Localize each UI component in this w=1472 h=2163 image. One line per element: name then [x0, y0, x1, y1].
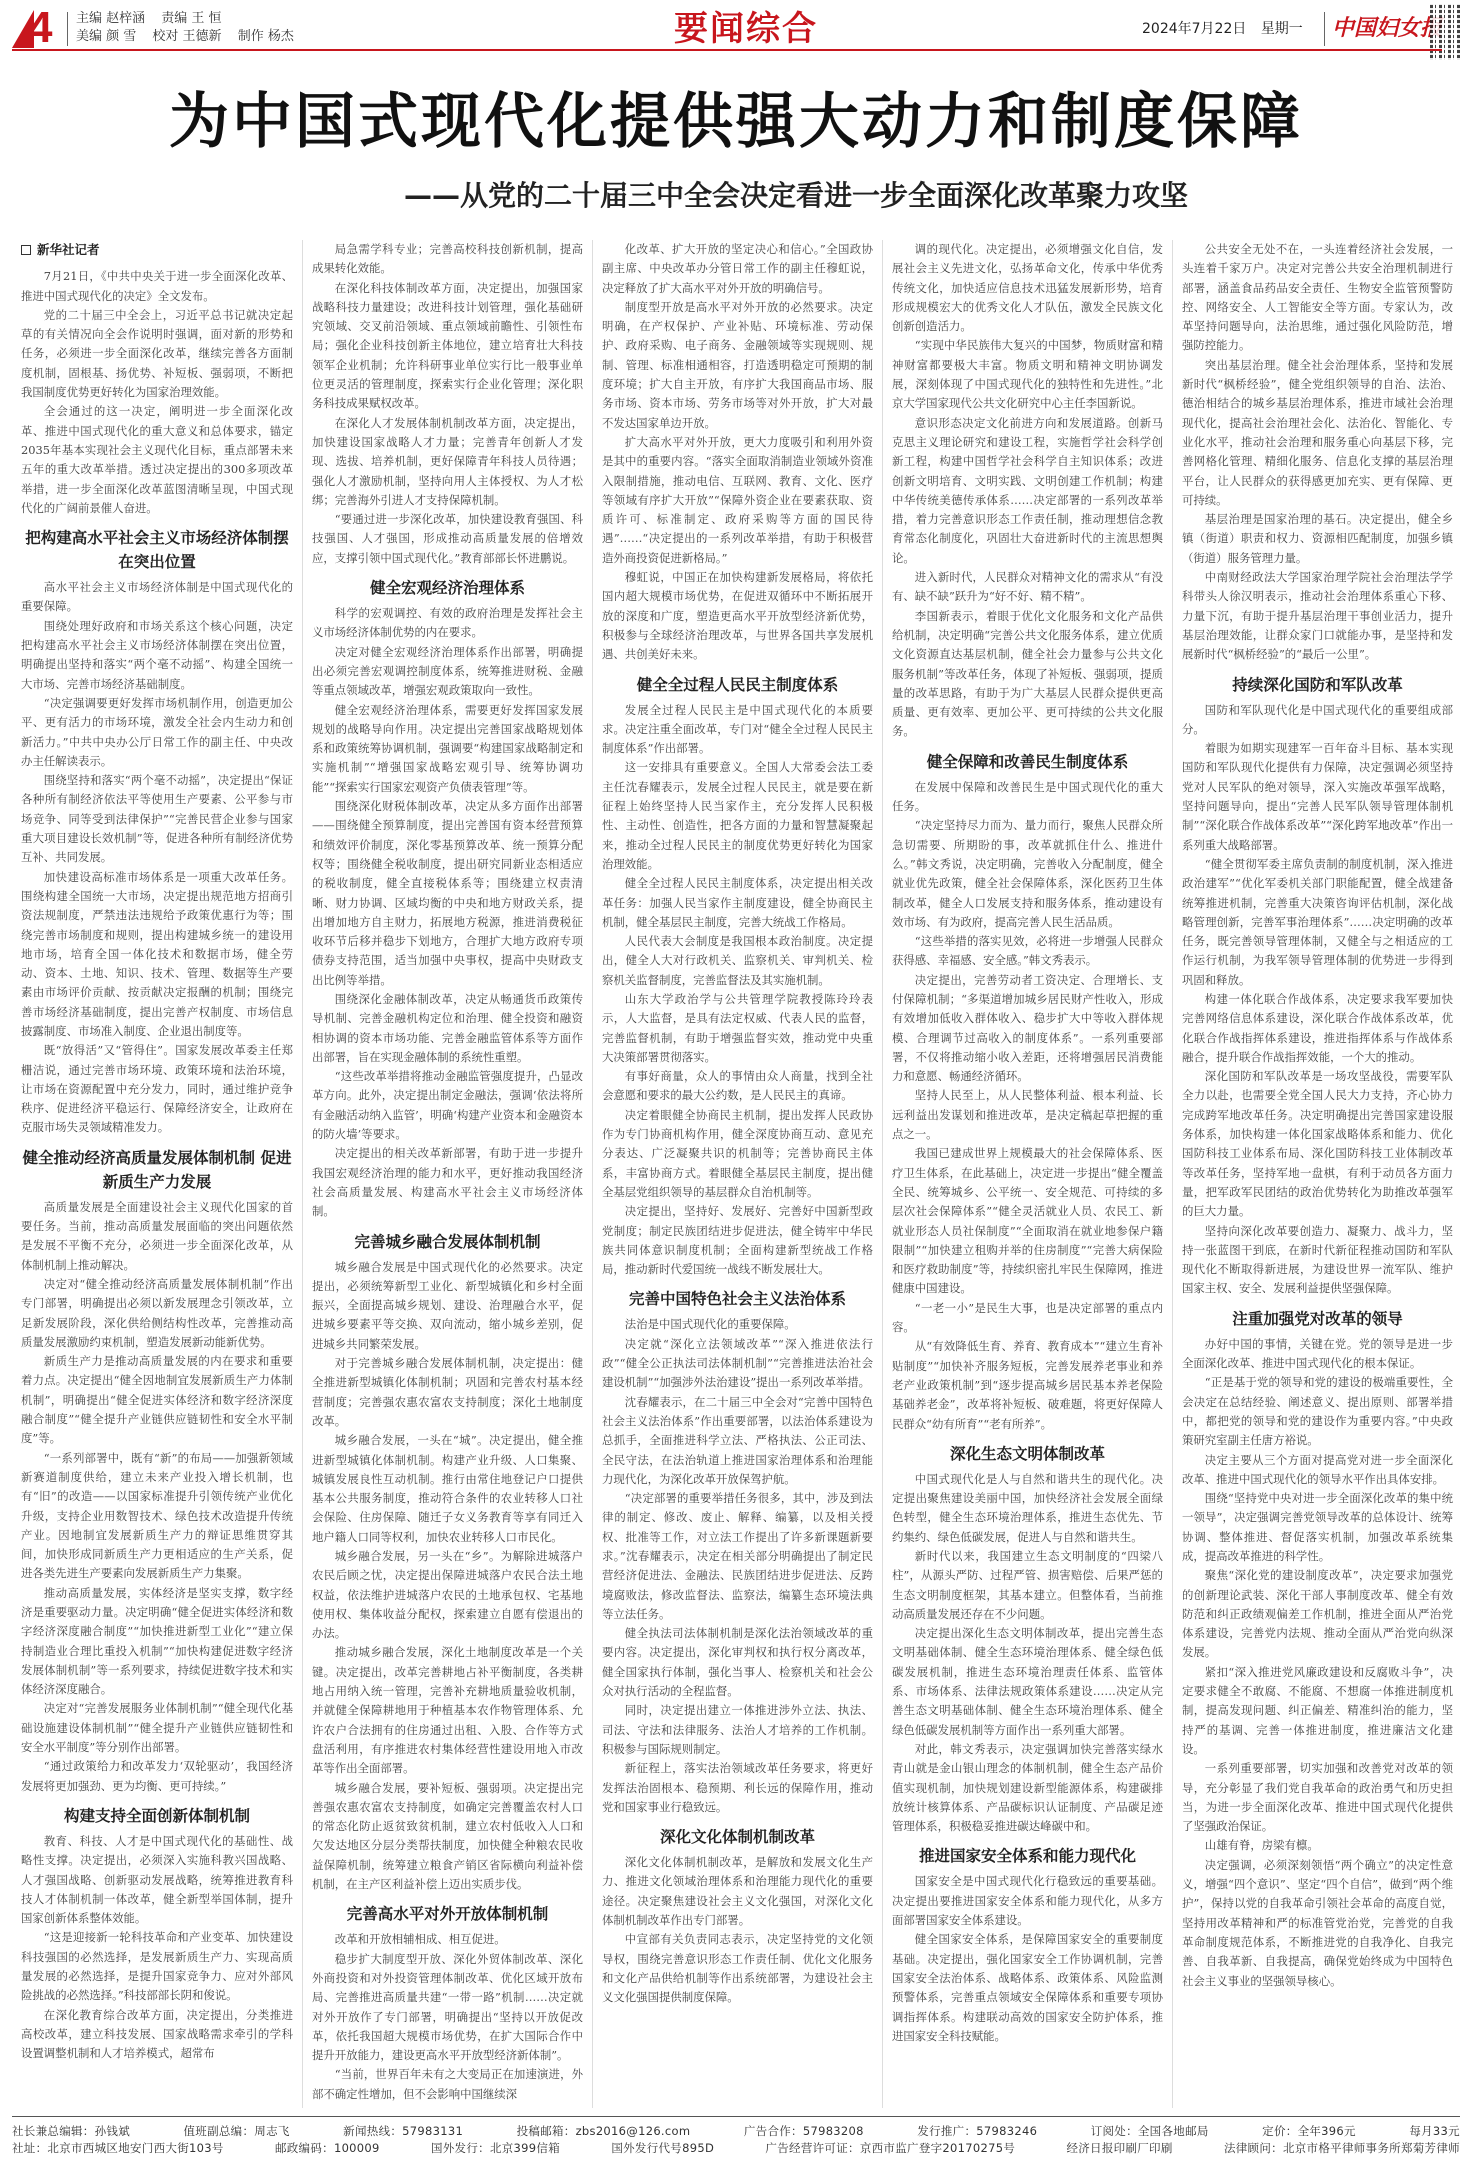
- footer-publisher: 社长兼总编辑：孙钱斌: [12, 2123, 130, 2140]
- body-paragraph: 城乡融合发展，要补短板、强弱项。决定提出完善强农惠农富农支持制度，如确定完善覆盖…: [312, 1779, 583, 1895]
- footer-printer: 经济日报印刷厂印刷: [1066, 2140, 1172, 2157]
- footer-address: 社址：北京市西城区地安门西大街103号: [12, 2140, 224, 2157]
- article-subheadline: ——从党的二十届三中全会决定看进一步全面深化改革聚力攻坚: [0, 178, 1472, 214]
- section-heading: 持续深化国防和军队改革: [1182, 673, 1453, 697]
- body-paragraph: 教育、科技、人才是中国式现代化的基础性、战略性支撑。决定提出，必须深入实施科教兴…: [21, 1832, 293, 1928]
- article-column-5: 公共安全无处不在，一头连着经济社会发展，一头连着千家万户。决定对完善公共安全治理…: [1172, 240, 1462, 2108]
- body-paragraph: 对于完善城乡融合发展体制机制，决定提出：健全推进新型城镇化体制机制；巩固和完善农…: [312, 1354, 583, 1431]
- body-paragraph: 构建一体化联合作战体系，决定要求我军要加快完善网络信息体系建设，深化联合作战体系…: [1182, 990, 1453, 1067]
- body-paragraph: 决定主要从三个方面对提高党对进一步全面深化改革、推进中国式现代化的领导水平作出具…: [1182, 1451, 1453, 1490]
- body-paragraph: 决定提出，完善劳动者工资决定、合理增长、支付保障机制；“多渠道增加城乡居民财产性…: [892, 971, 1163, 1087]
- footer-monthly-price: 每月33元: [1409, 2123, 1460, 2140]
- section-heading: 注重加强党对改革的领导: [1182, 1307, 1453, 1331]
- byline-text: 新华社记者: [37, 242, 100, 257]
- body-paragraph: 从“有效降低生育、养育、教育成本”“建立生育补贴制度”“加快补齐服务短板，完善发…: [892, 1337, 1163, 1433]
- body-paragraph: 发展全过程人民民主是中国式现代化的本质要求。决定注重全面改革，专门对“健全全过程…: [602, 701, 873, 759]
- body-paragraph: 我国已建成世界上规模最大的社会保障体系、医疗卫生体系，在此基础上，决定进一步提出…: [892, 1144, 1163, 1298]
- body-paragraph: 决定对“完善发展服务业体制机制”“健全现代化基础设施建设体制机制”“健全提升产业…: [21, 1699, 293, 1757]
- page-masthead: 4 主编 赵梓涵 责编 王 恒 美编 颜 雪 校对 王德新 制作 杨杰 要闻综合…: [12, 8, 1460, 50]
- body-paragraph: 对此，韩文秀表示，决定强调加快完善落实绿水青山就是金山银山理念的体制机制，健全生…: [892, 1740, 1163, 1836]
- body-paragraph: 健全全过程人民民主制度体系，决定提出相关改革任务：加强人民当家作主制度建设，健全…: [602, 874, 873, 932]
- section-heading: 健全宏观经济治理体系: [312, 576, 583, 600]
- masthead-divider-right: [1324, 12, 1325, 46]
- body-paragraph: 国家安全是中国式现代化行稳致远的重要基础。决定提出要推进国家安全体系和能力现代化…: [892, 1872, 1163, 1930]
- section-heading: 完善高水平对外开放体制机制: [312, 1902, 583, 1926]
- body-paragraph: “正是基于党的领导和党的建设的极端重要性，全会决定在总结经验、阐述意义、提出原则…: [1182, 1373, 1453, 1450]
- body-paragraph: 全会通过的这一决定，阐明进一步全面深化改革、推进中国式现代化的重大意义和总体要求…: [21, 402, 293, 518]
- section-heading: 构建支持全面创新体制机制: [21, 1804, 293, 1828]
- body-paragraph: 推动高质量发展，实体经济是坚实支撑，数字经济是重要驱动力量。决定明确“健全促进实…: [21, 1584, 293, 1700]
- body-paragraph: 城乡融合发展是中国式现代化的必然要求。决定提出，必须统筹新型工业化、新型城镇化和…: [312, 1258, 583, 1354]
- body-paragraph: 调的现代化。决定提出，必须增强文化自信，发展社会主义先进文化，弘扬革命文化，传承…: [892, 240, 1163, 336]
- article-column-1: 新华社记者 7月21日，《中共中央关于进一步全面深化改革、推进中国式现代化的决定…: [12, 240, 302, 2108]
- body-paragraph: 坚持向深化改革要创造力、凝聚力、战斗力，坚持一张蓝图干到底，在新时代新征程推动国…: [1182, 1222, 1453, 1299]
- body-paragraph: “决定部署的重要举措任务很多，其中，涉及到法律的制定、修改、废止、解释、编纂，以…: [602, 1489, 873, 1624]
- section-heading: 完善中国特色社会主义法治体系: [602, 1287, 873, 1311]
- body-paragraph: 改革和开放相辅相成、相互促进。: [312, 1930, 583, 1949]
- body-paragraph: 健全国家安全体系，是保障国家安全的重要制度基础。决定提出，强化国家安全工作协调机…: [892, 1930, 1163, 2046]
- body-paragraph: 围绕坚持和落实“两个毫不动摇”，决定提出“保证各种所有制经济依法平等使用生产要素…: [21, 771, 293, 867]
- body-paragraph: 高水平社会主义市场经济体制是中国式现代化的重要保障。: [21, 578, 293, 617]
- body-paragraph: 坚持人民至上，从人民整体利益、根本利益、长远利益出发谋划和推进改革，是决定稿起草…: [892, 1086, 1163, 1144]
- body-paragraph: 健全执法司法体制机制是深化法治领域改革的重要内容。决定提出，深化审判权和执行权分…: [602, 1624, 873, 1701]
- body-paragraph: 有事好商量，众人的事情由众人商量，找到全社会意愿和要求的最大公约数，是人民民主的…: [602, 1067, 873, 1106]
- body-paragraph: 山东大学政治学与公共管理学院教授陈玲玲表示，人大监督，是具有法定权威、代表人民的…: [602, 990, 873, 1067]
- body-paragraph: 围绕深化金融体制改革，决定从畅通货币政策传导机制、完善金融机构定位和治理、健全投…: [312, 990, 583, 1067]
- body-paragraph: 这一安排具有重要意义。全国人大常委会法工委主任沈春耀表示，发展全过程人民民主，就…: [602, 758, 873, 874]
- body-paragraph: 在深化教育综合改革方面，决定提出，分类推进高校改革，建立科技发展、国家战略需求牵…: [21, 2006, 293, 2064]
- body-paragraph: 科学的宏观调控、有效的政府治理是发挥社会主义市场经济体制优势的内在要求。: [312, 604, 583, 643]
- body-paragraph: 中南财经政法大学国家治理学院社会治理法学学科带头人徐汉明表示，推动社会治理体系重…: [1182, 568, 1453, 664]
- body-paragraph: 决定对健全宏观经济治理体系作出部署，明确提出必须完善宏观调控制度体系，统筹推进财…: [312, 643, 583, 701]
- body-paragraph: 聚焦“深化党的建设制度改革”，决定要求加强党的创新理论武装、深化干部人事制度改革…: [1182, 1566, 1453, 1662]
- body-paragraph: 决定强调，必须深刻领悟“两个确立”的决定性意义，增强“四个意识”、坚定“四个自信…: [1182, 1856, 1453, 1991]
- body-paragraph: “要通过进一步深化改革，加快建设教育强国、科技强国、人才强国，形成推动高质量发展…: [312, 510, 583, 568]
- article-column-4: 调的现代化。决定提出，必须增强文化自信，发展社会主义先进文化，弘扬革命文化，传承…: [882, 240, 1172, 2108]
- body-paragraph: 加快建设高标准市场体系是一项重大改革任务。围绕构建全国统一大市场，决定提出规范地…: [21, 868, 293, 1042]
- body-paragraph: 决定就“深化立法领域改革”“深入推进依法行政”“健全公正执法司法体制机制”“完善…: [602, 1335, 873, 1393]
- body-paragraph: 围绕处理好政府和市场关系这个核心问题，决定把构建高水平社会主义市场经济体制摆在突…: [21, 617, 293, 694]
- body-paragraph: “一老一小”是民生大事，也是决定部署的重点内容。: [892, 1299, 1163, 1338]
- section-heading: 健全推动经济高质量发展体制机制 促进新质生产力发展: [21, 1146, 293, 1194]
- body-paragraph: 国防和军队现代化是中国式现代化的重要组成部分。: [1182, 701, 1453, 740]
- footer-ad-license: 广告经营许可证：京西市监广登字20170275号: [765, 2140, 1015, 2157]
- page-number: 4: [28, 4, 52, 52]
- section-name: 要闻综合: [674, 8, 818, 50]
- article-body: 新华社记者 7月21日，《中共中央关于进一步全面深化改革、推进中国式现代化的决定…: [12, 240, 1464, 2108]
- body-paragraph: 意识形态决定文化前进方向和发展道路。创新马克思主义理论研究和建设工程，实施哲学社…: [892, 414, 1163, 568]
- staff-line-1: 主编 赵梓涵 责编 王 恒: [76, 10, 306, 28]
- body-paragraph: 围绕“坚持党中央对进一步全面深化改革的集中统一领导”，决定强调完善党领导改革的总…: [1182, 1489, 1453, 1566]
- body-paragraph: “这些改革举措将推动金融监管强度提升，凸显改革方向。此外，决定提出制定金融法，强…: [312, 1067, 583, 1144]
- body-paragraph: 决定对“健全推动经济高质量发展体制机制”作出专门部署，明确提出必须以新发展理念引…: [21, 1275, 293, 1352]
- body-paragraph: 沈春耀表示，在二十届三中全会对“完善中国特色社会主义法治体系”作出重要部署，以法…: [602, 1393, 873, 1489]
- body-paragraph: 李国新表示，着眼于优化文化服务和文化产品供给机制，决定明确“完善公共文化服务体系…: [892, 607, 1163, 742]
- section-heading: 健全全过程人民民主制度体系: [602, 673, 873, 697]
- body-paragraph: 健全宏观经济治理体系，需要更好发挥国家发展规划的战略导向作用。决定提出完善国家战…: [312, 701, 583, 797]
- body-paragraph: 局急需学科专业；完善高校科技创新机制，提高成果转化效能。: [312, 240, 583, 279]
- body-paragraph: 进入新时代，人民群众对精神文化的需求从“有没有、缺不缺”跃升为“好不好、精不精”…: [892, 568, 1163, 607]
- body-paragraph: 在深化人才发展体制机制改革方面，决定提出，加快建设国家战略人才力量；完善青年创新…: [312, 414, 583, 510]
- body-paragraph: 决定着眼健全协商民主机制，提出发挥人民政协作为专门协商机构作用，健全深度协商互动…: [602, 1106, 873, 1202]
- section-heading: 完善城乡融合发展体制机制: [312, 1230, 583, 1254]
- footer-annual-price: 定价：全年396元: [1262, 2123, 1356, 2140]
- body-paragraph: 化改革、扩大开放的坚定决心和信心。”全国政协副主席、中央改革办分管日常工作的副主…: [602, 240, 873, 298]
- footer-email[interactable]: 投稿邮箱：zbs2016@126.com: [517, 2123, 691, 2140]
- footer-overseas-code: 国外发行代号895D: [611, 2140, 714, 2157]
- body-paragraph: 既“放得活”又“管得住”。国家发展改革委主任郑栅洁说，通过完善市场环境、政策环境…: [21, 1041, 293, 1137]
- body-paragraph: 中宣部有关负责同志表示，决定坚持党的文化领导权，围绕完善意识形态工作责任制、优化…: [602, 1930, 873, 2007]
- newspaper-logo: 中国妇女报: [1332, 12, 1442, 44]
- body-paragraph: 突出基层治理。健全社会治理体系，坚持和发展新时代“枫桥经验”，健全党组织领导的自…: [1182, 356, 1453, 510]
- body-paragraph: “决定强调要更好发挥市场机制作用，创造更加公平、更有活力的市场环境，激发全社会内…: [21, 694, 293, 771]
- qr-code-icon[interactable]: [1430, 4, 1460, 60]
- body-paragraph: 在深化科技体制改革方面，决定提出，加强国家战略科技力量建设；改进科技计划管理，强…: [312, 279, 583, 414]
- section-heading: 深化文化体制机制改革: [602, 1825, 873, 1849]
- body-paragraph: 中国式现代化是人与自然和谐共生的现代化。决定提出聚焦建设美丽中国，加快经济社会发…: [892, 1470, 1163, 1547]
- body-paragraph: 决定提出，坚持好、发展好、完善好中国新型政党制度；制定民族团结进步促进法，健全铸…: [602, 1202, 873, 1279]
- footer-postcode: 邮政编码：100009: [275, 2140, 380, 2157]
- body-paragraph: “这是迎接新一轮科技革命和产业变革、加快建设科技强国的必然选择，是发展新质生产力…: [21, 1928, 293, 2005]
- body-paragraph: 决定提出深化生态文明体制改革，提出完善生态文明基础体制、健全生态环境治理体系、健…: [892, 1624, 1163, 1740]
- section-heading: 健全保障和改善民生制度体系: [892, 750, 1163, 774]
- body-paragraph: 新征程上，落实法治领域改革任务要求，将更好发挥法治固根本、稳预期、利长远的保障作…: [602, 1759, 873, 1817]
- body-paragraph: 制度型开放是高水平对外开放的必然要求。决定明确，在产权保护、产业补贴、环境标准、…: [602, 298, 873, 433]
- footer-subscription: 订阅处：全国各地邮局: [1091, 2123, 1209, 2140]
- masthead-divider: [67, 12, 68, 46]
- producer: 制作 杨杰: [238, 29, 294, 44]
- footer-line-2: 社址：北京市西城区地安门西大街103号 邮政编码：100009 国外发行：北京3…: [12, 2140, 1460, 2157]
- body-paragraph: 高质量发展是全面建设社会主义现代化国家的首要任务。当前，推动高质量发展面临的突出…: [21, 1198, 293, 1275]
- body-paragraph: “当前，世界百年未有之大变局正在加速演进，外部不确定性增加，但不会影响中国继续深: [312, 2065, 583, 2104]
- staff-line-2: 美编 颜 雪 校对 王德新 制作 杨杰: [76, 28, 306, 46]
- section-heading: 推进国家安全体系和能力现代化: [892, 1844, 1163, 1868]
- section-heading: 深化生态文明体制改革: [892, 1442, 1163, 1466]
- body-paragraph: 推动城乡融合发展，深化土地制度改革是一个关键。决定提出，改革完善耕地占补平衡制度…: [312, 1643, 583, 1778]
- byline-box-icon: [21, 245, 31, 255]
- body-paragraph: 城乡融合发展，另一头在“乡”。为解除进城落户农民后顾之忧，决定提出保障进城落户农…: [312, 1547, 583, 1643]
- body-paragraph: 决定提出的相关改革新部署，有助于进一步提升我国宏观经济治理的能力和水平，更好推动…: [312, 1144, 583, 1221]
- footer-legal-advisor: 法律顾问：北京市格平律师事务所郑菊芳律师: [1224, 2140, 1460, 2157]
- body-paragraph: 办好中国的事情，关键在党。党的领导是进一步全面深化改革、推进中国式现代化的根本保…: [1182, 1335, 1453, 1374]
- footer-distribution: 发行推广：57983246: [917, 2123, 1037, 2140]
- body-paragraph: 穆虹说，中国正在加快构建新发展格局，将依托国内超大规模市场优势，在促进双循环中不…: [602, 568, 873, 664]
- body-paragraph: 深化文化体制机制改革，是解放和发展文化生产力、推进文化领域治理体系和治理能力现代…: [602, 1853, 873, 1930]
- body-paragraph: “一系列部署中，既有“新”的布局——加强新领域新赛道制度供给，建立未来产业投入增…: [21, 1449, 293, 1584]
- body-paragraph: 稳步扩大制度型开放、深化外贸体制改革、深化外商投资和对外投资管理体制改革、优化区…: [312, 1950, 583, 2066]
- footer-hotline: 新闻热线：57983131: [343, 2123, 463, 2140]
- body-paragraph: 在发展中保障和改善民生是中国式现代化的重大任务。: [892, 778, 1163, 817]
- footer-duty-editor: 值班副总编：周志飞: [183, 2123, 289, 2140]
- section-heading: 把构建高水平社会主义市场经济体制摆在突出位置: [21, 526, 293, 574]
- art-editor: 美编 颜 雪: [76, 29, 136, 44]
- body-paragraph: 围绕深化财税体制改革，决定从多方面作出部署——围绕健全预算制度，提出完善国有资本…: [312, 797, 583, 990]
- proofreader: 校对 王德新: [152, 29, 221, 44]
- body-paragraph: 7月21日，《中共中央关于进一步全面深化改革、推进中国式现代化的决定》全文发布。: [21, 267, 293, 306]
- body-paragraph: “决定坚持尽力而为、量力而行，聚焦人民群众所急切需要、所期盼的事，改革就抓住什么…: [892, 816, 1163, 932]
- article-headline: 为中国式现代化提供强大动力和制度保障: [0, 86, 1472, 158]
- body-paragraph: 公共安全无处不在，一头连着经济社会发展，一头连着千家万户。决定对完善公共安全治理…: [1182, 240, 1453, 356]
- byline: 新华社记者: [21, 240, 293, 259]
- issue-date: 2024年7月22日: [1142, 21, 1246, 37]
- footer-overseas: 国外发行：北京399信箱: [431, 2140, 560, 2157]
- body-paragraph: “这些举措的落实见效，必将进一步增强人民群众获得感、幸福感、安全感。”韩文秀表示…: [892, 932, 1163, 971]
- body-paragraph: 同时，决定提出建立一体推进涉外立法、执法、司法、守法和法律服务、法治人才培养的工…: [602, 1701, 873, 1759]
- body-paragraph: 新质生产力是推动高质量发展的内在要求和重要着力点。决定提出“健全因地制宜发展新质…: [21, 1352, 293, 1448]
- body-paragraph: 人民代表大会制度是我国根本政治制度。决定提出，健全人大对行政机关、监察机关、审判…: [602, 932, 873, 990]
- body-paragraph: 紧扣“深入推进党风廉政建设和反腐败斗争”，决定要求健全不敢腐、不能腐、不想腐一体…: [1182, 1663, 1453, 1759]
- body-paragraph: “通过政策给力和改革发力‘双轮驱动’，我国经济发展将更加强劲、更为均衡、更可持续…: [21, 1757, 293, 1796]
- footer-line-1: 社长兼总编辑：孙钱斌 值班副总编：周志飞 新闻热线：57983131 投稿邮箱：…: [12, 2123, 1460, 2140]
- footer-ad-contact: 广告合作：57983208: [744, 2123, 864, 2140]
- body-paragraph: 党的二十届三中全会上，习近平总书记就决定起草的有关情况向全会作说明时强调，面对新…: [21, 306, 293, 402]
- body-paragraph: 新时代以来，我国建立生态文明制度的“四梁八柱”，从源头严防、过程严管、损害赔偿、…: [892, 1547, 1163, 1624]
- dateline: 2024年7月22日 星期一: [1142, 18, 1313, 38]
- editorial-staff: 主编 赵梓涵 责编 王 恒 美编 颜 雪 校对 王德新 制作 杨杰: [76, 10, 306, 46]
- body-paragraph: 山雄有脊，房梁有檩。: [1182, 1836, 1453, 1855]
- article-column-2: 局急需学科专业；完善高校科技创新机制，提高成果转化效能。在深化科技体制改革方面，…: [302, 240, 592, 2108]
- issue-weekday: 星期一: [1261, 21, 1303, 37]
- article-column-3: 化改革、扩大开放的坚定决心和信心。”全国政协副主席、中央改革办分管日常工作的副主…: [592, 240, 882, 2108]
- chief-editor: 主编 赵梓涵: [76, 11, 145, 26]
- body-paragraph: 基层治理是国家治理的基石。决定提出，健全乡镇（街道）职责和权力、资源相匹配制度，…: [1182, 510, 1453, 568]
- responsible-editor: 责编 王 恒: [161, 11, 221, 26]
- body-paragraph: 法治是中国式现代化的重要保障。: [602, 1315, 873, 1334]
- masthead-red-rule: [12, 49, 1442, 51]
- body-paragraph: 深化国防和军队改革是一场攻坚战役，需要军队全力以赴，也需要全党全国人民大力支持，…: [1182, 1067, 1453, 1221]
- page-number-badge: 4: [12, 10, 56, 48]
- page-footer-imprint: 社长兼总编辑：孙钱斌 值班副总编：周志飞 新闻热线：57983131 投稿邮箱：…: [12, 2116, 1460, 2157]
- body-paragraph: “实现中华民族伟大复兴的中国梦，物质财富和精神财富都要极大丰富。物质文明和精神文…: [892, 336, 1163, 413]
- body-paragraph: 城乡融合发展，一头在“城”。决定提出，健全推进新型城镇化体制机制。构建产业升级、…: [312, 1431, 583, 1547]
- body-paragraph: 着眼为如期实现建军一百年奋斗目标、基本实现国防和军队现代化提供有力保障，决定强调…: [1182, 739, 1453, 855]
- body-paragraph: “健全贯彻军委主席负责制的制度机制，深入推进政治建军”“优化军委机关部门职能配置…: [1182, 855, 1453, 990]
- body-paragraph: 一系列重要部署，切实加强和改善党对改革的领导，充分彰显了我们党自我革命的政治勇气…: [1182, 1759, 1453, 1836]
- body-paragraph: 扩大高水平对外开放，更大力度吸引和利用外资是其中的重要内容。“落实全面取消制造业…: [602, 433, 873, 568]
